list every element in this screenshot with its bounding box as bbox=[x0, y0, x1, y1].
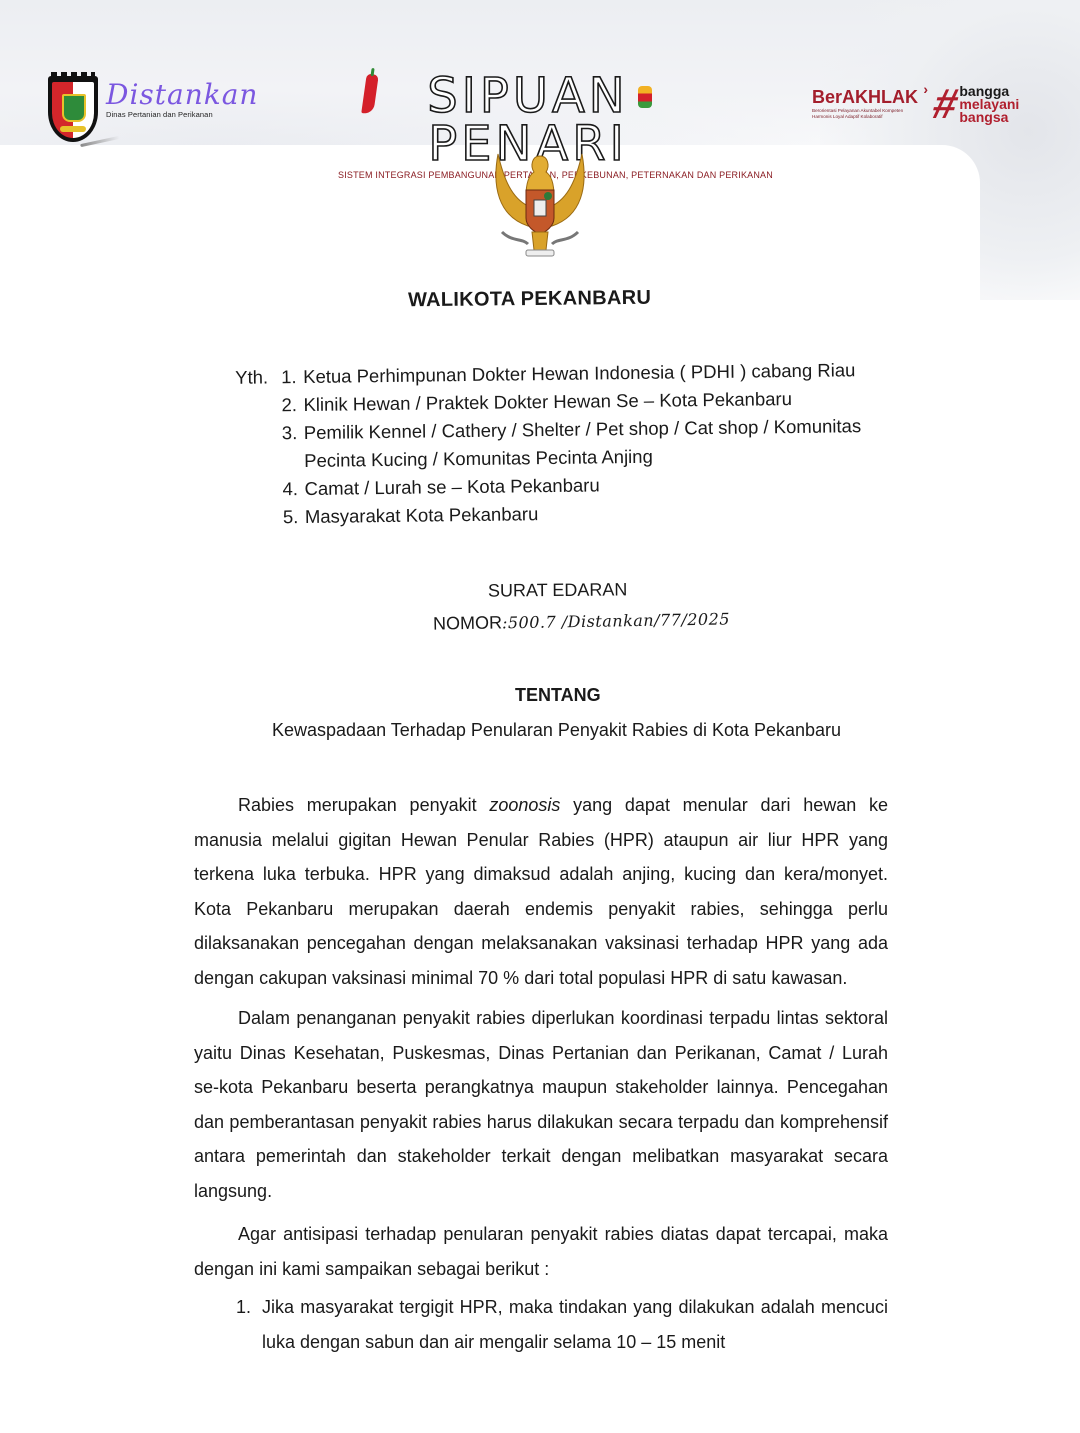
hashtag-icon: # bbox=[929, 84, 962, 124]
recipient-item-continued: Pecinta Kucing / Komunitas Pecinta Anjin… bbox=[304, 443, 653, 475]
recipients-list: Yth. 1. Ketua Perhimpunan Dokter Hewan I… bbox=[235, 356, 862, 532]
issuer-title: WALIKOTA PEKANBARU bbox=[408, 287, 651, 313]
letter-type: SURAT EDARAN bbox=[488, 579, 628, 601]
letter-number-label: NOMOR bbox=[433, 612, 502, 633]
berakhlak-title: BerAKHLAK bbox=[812, 87, 918, 107]
distankan-subtitle: Dinas Pertanian dan Perikanan bbox=[106, 110, 258, 119]
recipient-item: Camat / Lurah se – Kota Pekanbaru bbox=[304, 471, 599, 503]
distankan-script-title: Distankan bbox=[106, 80, 258, 110]
flower-icon bbox=[638, 86, 652, 108]
chili-icon bbox=[361, 73, 378, 114]
instruction-list: 1. Jika masyarakat tergigit HPR, maka ti… bbox=[236, 1290, 888, 1359]
instruction-item: 1. Jika masyarakat tergigit HPR, maka ti… bbox=[236, 1290, 888, 1359]
about-label: TENTANG bbox=[515, 685, 601, 706]
paragraph-3: Agar antisipasi terhadap penularan penya… bbox=[194, 1217, 888, 1286]
about-title: Kewaspadaan Terhadap Penularan Penyakit … bbox=[272, 720, 841, 741]
berakhlak-tagline-2: Harmonis Loyal Adaptif Kolaboratif bbox=[812, 114, 904, 120]
garuda-pancasila-icon bbox=[488, 146, 592, 264]
document-paper-edge bbox=[980, 300, 1080, 1433]
berakhlak-logo: BerAKHLAK› Berorientasi Pelayanan Akunta… bbox=[812, 84, 1019, 124]
paragraph-2: Dalam penanganan penyakit rabies diperlu… bbox=[194, 1001, 888, 1208]
chevron-icon: › bbox=[923, 80, 928, 98]
paragraph-1: Rabies merupakan penyakit zoonosis yang … bbox=[194, 788, 888, 995]
letter-number-handwritten: :500.7 /Distankan/77/2025 bbox=[502, 609, 730, 632]
distankan-logo: Distankan Dinas Pertanian dan Perikanan bbox=[48, 76, 258, 142]
bangga-melayani-bangsa-slogan: bangga melayani bangsa bbox=[959, 85, 1019, 124]
recipients-label: Yth. bbox=[235, 363, 281, 392]
recipient-item: Masyarakat Kota Pekanbaru bbox=[305, 500, 539, 531]
pekanbaru-coat-of-arms-icon bbox=[48, 76, 98, 142]
